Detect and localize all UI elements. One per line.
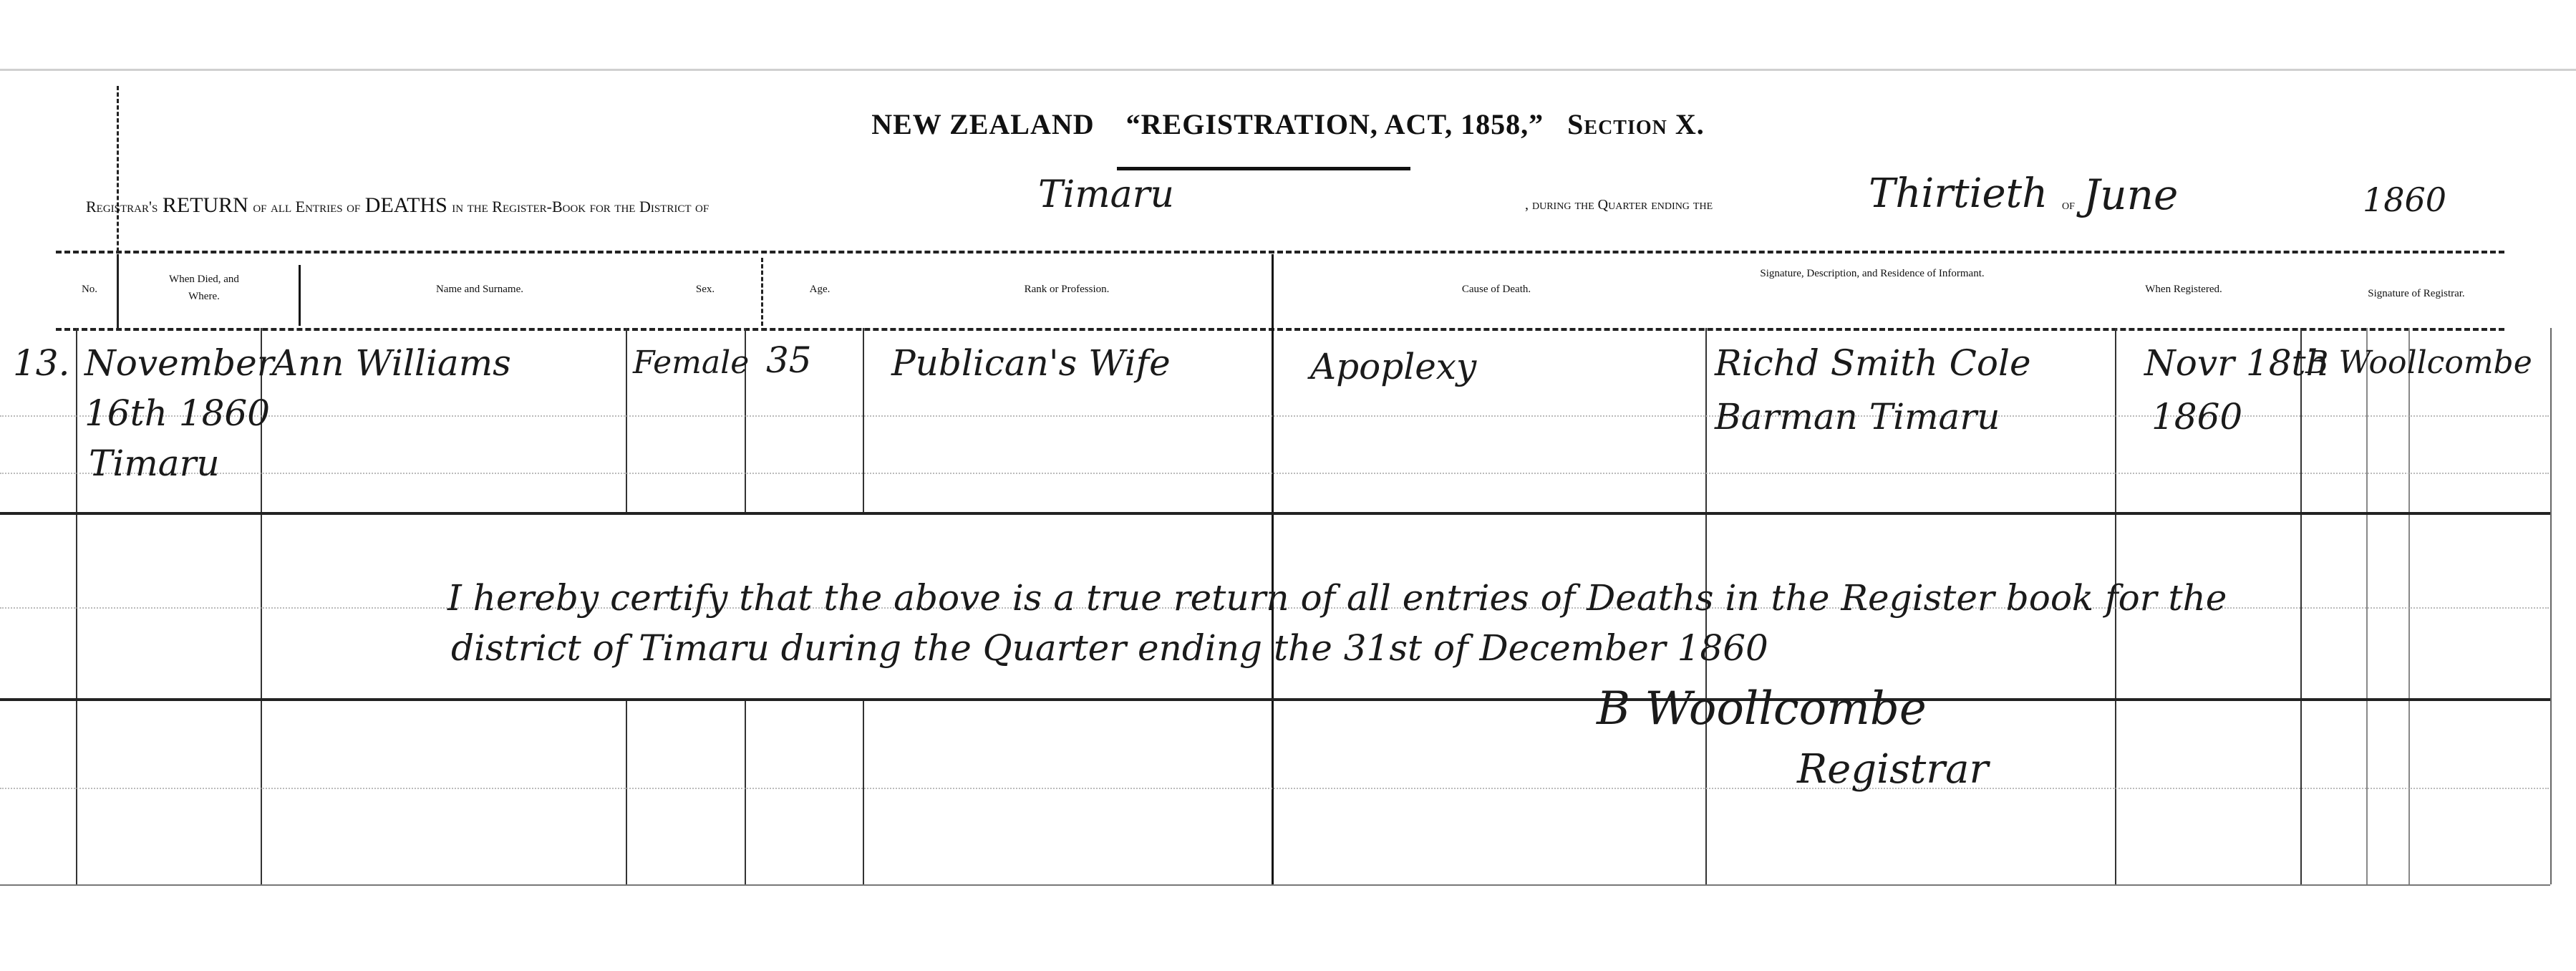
row-divider: [0, 698, 2550, 701]
column-line: [745, 698, 746, 884]
cell-informant-line2: Barman Timaru: [1715, 390, 2000, 443]
document-title: NEW ZEALAND “REGISTRATION, ACT, 1858,” S…: [0, 107, 2576, 141]
certification-line1: I hereby certify that the above is a tru…: [447, 573, 2227, 623]
subtitle-of-all-entries: of all Entries of: [253, 198, 360, 216]
header-top-rule: [56, 251, 2504, 253]
cell-age: 35: [766, 334, 812, 387]
subtitle-deaths: DEATHS: [365, 193, 447, 217]
cell-registered-line1: Novr 18th: [2144, 337, 2329, 390]
column-line: [2408, 328, 2410, 884]
title-underline: [1117, 167, 1410, 170]
cell-sex: Female: [633, 337, 749, 390]
header-registrar-signature: Signature of Registrar.: [2309, 285, 2524, 302]
document-subtitle: Registrar's RETURN of all Entries of DEA…: [86, 193, 709, 218]
quarter-label: , during the Quarter ending the: [1525, 197, 1713, 213]
subtitle-return: RETURN: [163, 193, 248, 217]
ruled-line: [0, 788, 2549, 789]
header-sep: [1272, 254, 1274, 328]
quarter-year: 1860: [2363, 180, 2446, 219]
column-line: [863, 328, 864, 512]
cell-informant-line1: Richd Smith Cole: [1715, 337, 2031, 390]
viewer-top-border: [0, 69, 2576, 71]
cell-when-line2: 16th 1860: [84, 387, 270, 440]
title-section: Section X.: [1567, 108, 1705, 140]
cell-cause: Apoplexy: [1310, 340, 1476, 393]
cell-when-line1: November: [84, 337, 274, 390]
header-sep: [761, 258, 763, 326]
column-line: [626, 698, 627, 884]
quarter-of-label: of: [2062, 197, 2075, 213]
cell-registered-line2: 1860: [2151, 390, 2242, 443]
header-bottom-rule: [56, 328, 2504, 331]
row-divider: [0, 512, 2550, 515]
column-line: [863, 698, 864, 884]
cell-no: 13.: [13, 337, 70, 390]
cell-rank: Publican's Wife: [891, 337, 1171, 390]
certification-line2: district of Timaru during the Quarter en…: [451, 623, 1768, 673]
quarter-month: June: [2083, 170, 2178, 219]
cell-when-line3: Timaru: [89, 437, 220, 490]
column-line: [2550, 328, 2552, 884]
header-when-where: When Died, and Where.: [161, 271, 247, 305]
header-sep: [299, 265, 301, 326]
title-country: NEW ZEALAND: [871, 108, 1094, 140]
ruled-line: [0, 473, 2549, 474]
header-no: No.: [72, 281, 107, 298]
column-line: [2300, 328, 2302, 884]
header-informant: Signature, Description, and Residence of…: [1740, 265, 2005, 282]
title-act: “REGISTRATION, ACT, 1858,”: [1126, 108, 1544, 140]
header-name: Name and Surname.: [372, 281, 587, 298]
column-line: [2366, 328, 2368, 884]
header-age: Age.: [795, 281, 845, 298]
header-sep: [117, 258, 119, 326]
column-line: [76, 328, 77, 884]
registrar-signature: B Woollcombe: [1597, 684, 1927, 734]
cell-name: Ann Williams: [272, 337, 511, 390]
column-line: [626, 328, 627, 512]
registrar-role: Registrar: [1797, 745, 1988, 795]
header-sex: Sex.: [673, 281, 737, 298]
subtitle-prefix: Registrar's: [86, 198, 158, 216]
header-rank: Rank or Profession.: [967, 281, 1167, 298]
district-value: Timaru: [1038, 173, 1174, 216]
row-divider: [0, 884, 2550, 886]
quarter-day: Thirtieth: [1869, 170, 2048, 217]
header-when-registered: When Registered.: [2105, 281, 2262, 298]
cell-registrar: B Woollcombe: [2305, 337, 2532, 390]
header-cause: Cause of Death.: [1403, 281, 1589, 298]
subtitle-in-book: in the Register-Book for the District of: [452, 198, 709, 216]
